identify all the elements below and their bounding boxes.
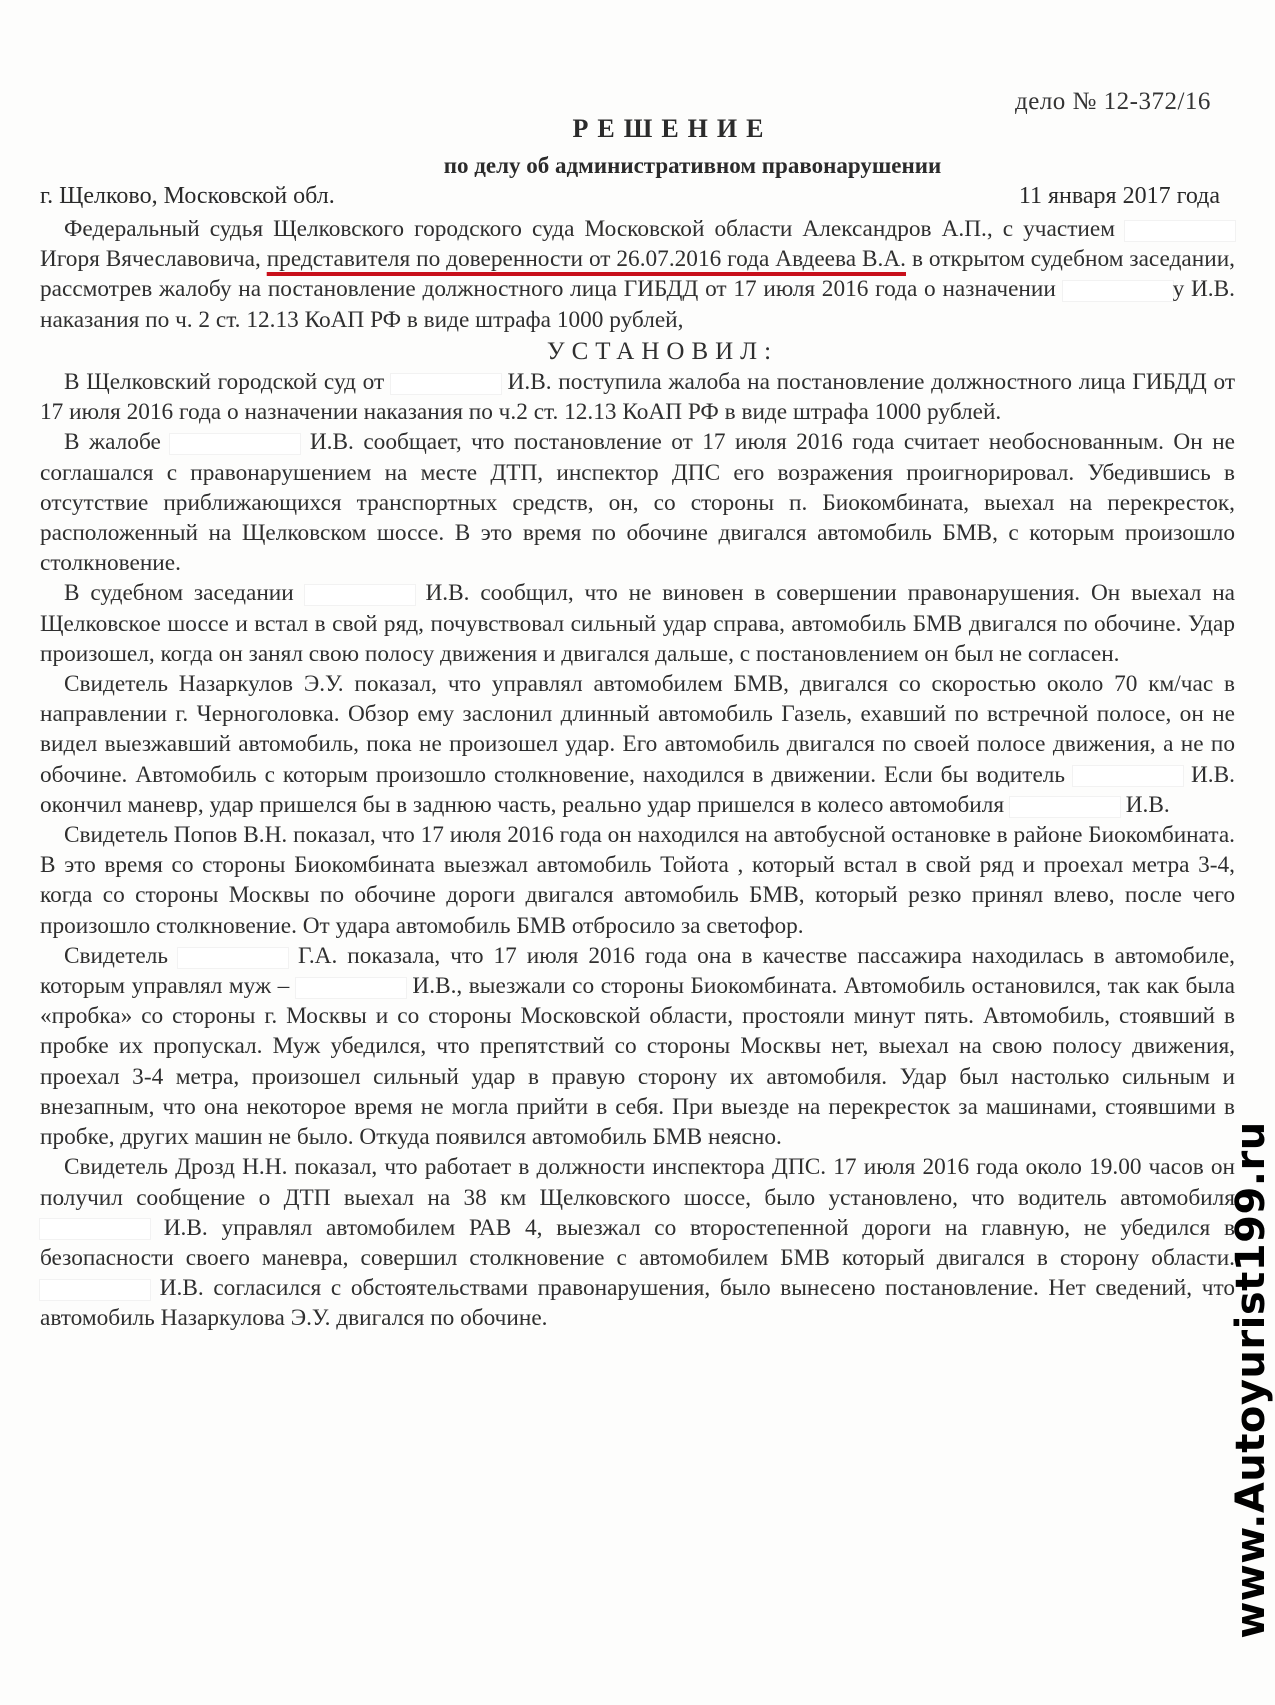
paragraph-text: Свидетель Попов В.Н. показал, что 17 июл… xyxy=(40,822,1235,939)
paragraph-text: В Щелковский городской суд от xyxy=(64,369,384,395)
redacted-name xyxy=(40,1280,150,1300)
scanned-document-page: дело № 12-372/16 РЕШЕНИЕ по делу об адми… xyxy=(0,0,1275,1705)
redacted-name xyxy=(1010,797,1120,817)
document-subtitle: по делу об административном правонарушен… xyxy=(0,153,1275,179)
watermark-text: www.Autoyurist199.ru xyxy=(1228,1121,1274,1638)
intro-text: Федеральный судья Щелковского городского… xyxy=(64,216,1115,242)
paragraph-text: Свидетель xyxy=(64,943,168,969)
place: г. Щелково, Московской обл. xyxy=(40,183,335,210)
paragraph-text: Свидетель Назаркулов Э.У. показал, что у… xyxy=(40,671,1235,788)
redacted-name xyxy=(40,1219,150,1239)
section-heading: УСТАНОВИЛ: xyxy=(40,337,1235,367)
intro-paragraph: Федеральный судья Щелковского городского… xyxy=(40,214,1235,335)
paragraph-witness-nazarkulov: Свидетель Назаркулов Э.У. показал, что у… xyxy=(40,669,1235,820)
redacted-name xyxy=(178,948,288,968)
paragraph-text: И.В., выезжали со стороны Биокомбината. … xyxy=(40,973,1235,1150)
document-title: РЕШЕНИЕ xyxy=(0,114,1275,144)
redacted-name xyxy=(170,434,300,454)
document-body: Федеральный судья Щелковского городского… xyxy=(40,214,1235,1334)
redacted-name xyxy=(296,978,406,998)
paragraph-witness-popov: Свидетель Попов В.Н. показал, что 17 июл… xyxy=(40,820,1235,941)
paragraph-text: Свидетель Дрозд Н.Н. показал, что работа… xyxy=(40,1154,1235,1210)
redacted-name xyxy=(1073,766,1183,786)
paragraph-witness-drozd: Свидетель Дрозд Н.Н. показал, что работа… xyxy=(40,1152,1235,1333)
paragraph-text: И.В. управлял автомобилем РАВ 4, выезжал… xyxy=(40,1215,1235,1271)
place-date-line: г. Щелково, Московской обл. 11 января 20… xyxy=(40,183,1220,210)
paragraph-witness-passenger: Свидетель Г.А. показала, что 17 июля 201… xyxy=(40,941,1235,1152)
paragraph-text: В судебном заседании xyxy=(64,580,294,606)
paragraph-text: И.В. xyxy=(1126,792,1170,818)
case-number: дело № 12-372/16 xyxy=(1015,88,1211,116)
paragraph-court-session: В судебном заседании И.В. сообщил, что н… xyxy=(40,578,1235,669)
paragraph-text: И.В. согласился с обстоятельствами право… xyxy=(40,1275,1235,1331)
paragraph-complaint-received: В Щелковский городской суд от И.В. посту… xyxy=(40,367,1235,427)
redacted-name xyxy=(1063,281,1173,301)
intro-text: Игоря Вячеславовича, xyxy=(40,246,261,272)
redacted-name xyxy=(1125,221,1235,241)
highlighted-representative: представителя по доверенности от 26.07.2… xyxy=(267,246,906,272)
redacted-name xyxy=(391,374,501,394)
site-watermark: www.Autoyurist199.ru xyxy=(1227,1080,1275,1680)
paragraph-complaint-content: В жалобе И.В. сообщает, что постановлени… xyxy=(40,427,1235,578)
decision-date: 11 января 2017 года xyxy=(1019,183,1220,210)
paragraph-text: В жалобе xyxy=(64,429,161,455)
redacted-name xyxy=(305,585,415,605)
